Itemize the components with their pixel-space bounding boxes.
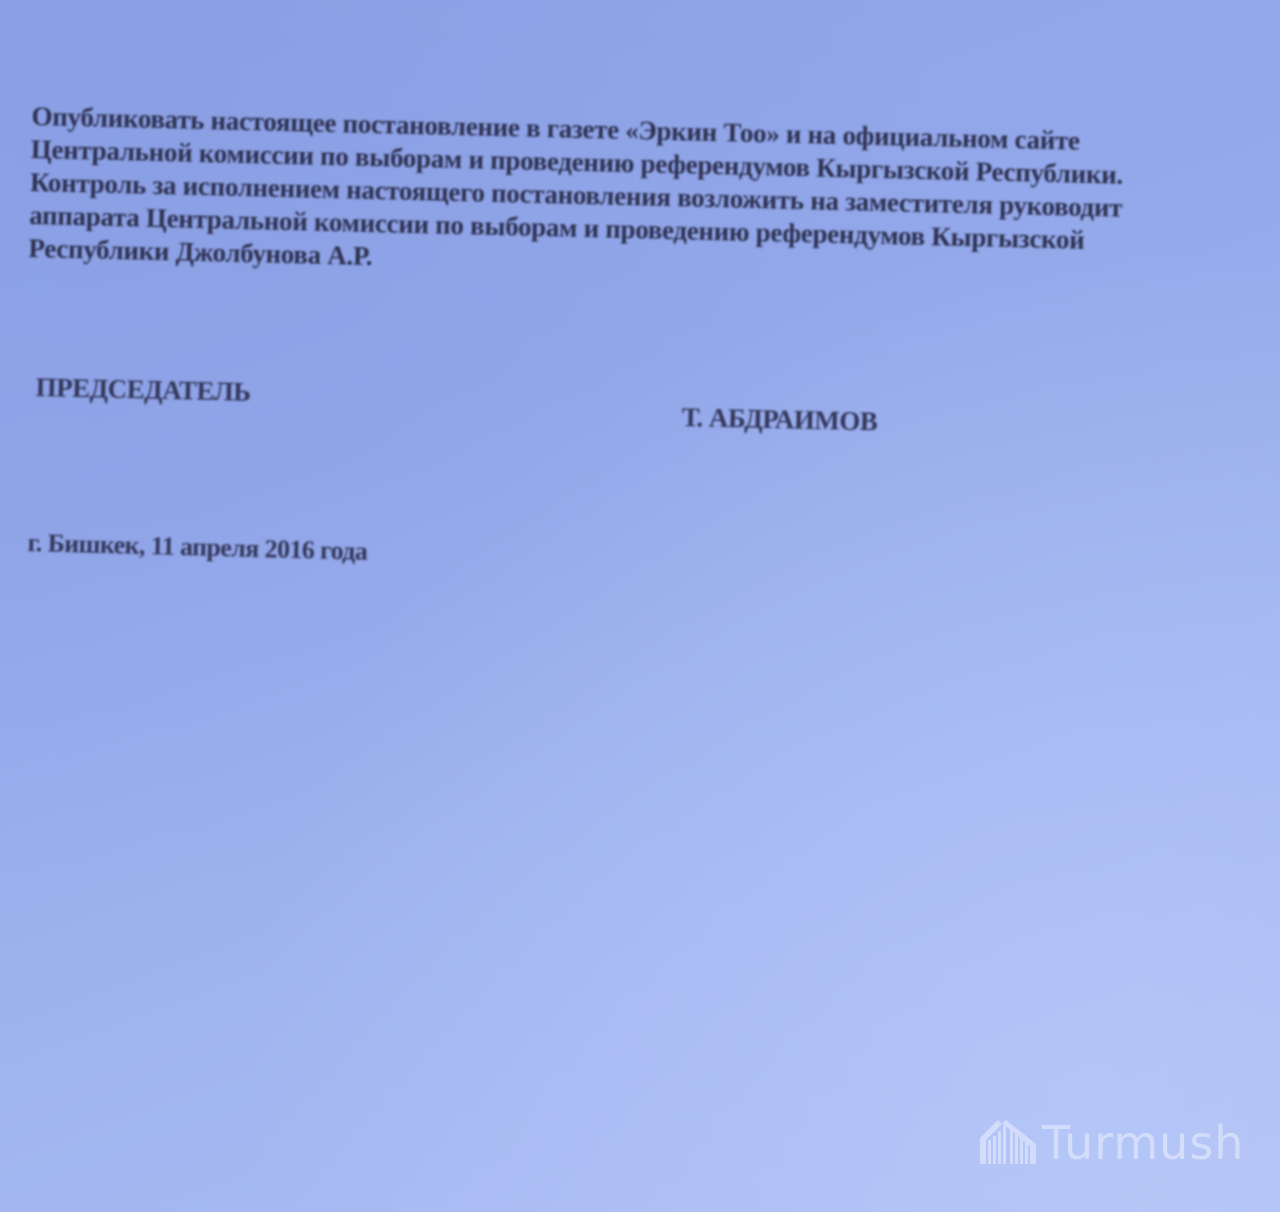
resolution-paragraph: Опубликовать настоящее постановление в г… — [28, 100, 1280, 296]
watermark: Turmush — [978, 1116, 1244, 1166]
place-and-date: г. Бишкек, 11 апреля 2016 года — [27, 528, 367, 567]
signature-name: Т. АБДРАИМОВ — [681, 402, 877, 437]
document-body: Опубликовать настоящее постановление в г… — [0, 0, 1280, 1212]
signature-title: ПРЕДСЕДАТЕЛЬ — [35, 372, 251, 408]
watermark-text: Turmush — [1042, 1120, 1244, 1166]
house-stripes-icon — [978, 1116, 1038, 1166]
